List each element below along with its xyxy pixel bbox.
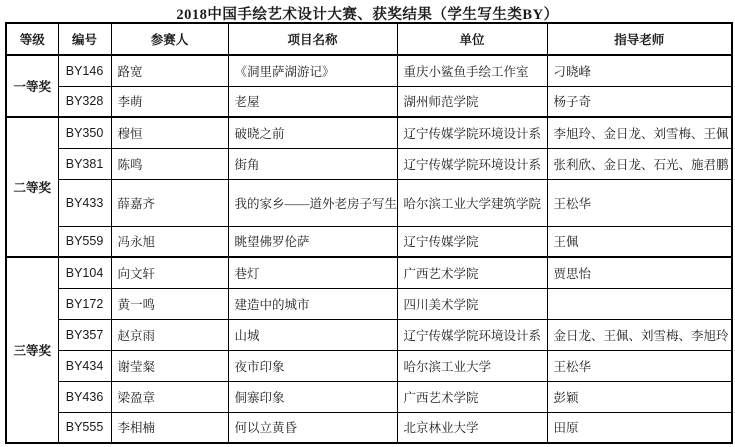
participant-name: 冯永旭	[111, 226, 228, 257]
header-participant: 参赛人	[111, 23, 228, 55]
participant-name: 路宽	[111, 55, 228, 86]
awards-table: 等级 编号 参赛人 项目名称 单位 指导老师 一等奖 BY146 路宽 《洞里萨…	[5, 22, 733, 444]
participant-name: 赵京雨	[111, 319, 228, 350]
header-project: 项目名称	[228, 23, 397, 55]
grade-cell: 一等奖	[6, 55, 58, 117]
participant-name: 谢莹粲	[111, 350, 228, 381]
entry-code: BY104	[58, 257, 111, 288]
advisor-name: 王松华	[547, 179, 732, 226]
unit-name: 哈尔滨工业大学建筑学院	[397, 179, 547, 226]
project-name: 破晓之前	[228, 117, 397, 148]
project-name: 何以立黄昏	[228, 412, 397, 443]
unit-name: 哈尔滨工业大学	[397, 350, 547, 381]
project-name: 我的家乡——道外老房子写生	[228, 179, 397, 226]
table-row: BY357 赵京雨 山城 辽宁传媒学院环境设计系 金日龙、王佩、刘雪梅、李旭玲	[6, 319, 732, 350]
entry-code: BY433	[58, 179, 111, 226]
project-name: 眺望佛罗伦萨	[228, 226, 397, 257]
project-name: 山城	[228, 319, 397, 350]
project-name: 《洞里萨湖游记》	[228, 55, 397, 86]
table-row: BY559 冯永旭 眺望佛罗伦萨 辽宁传媒学院 王佩	[6, 226, 732, 257]
grade-cell: 二等奖	[6, 117, 58, 257]
participant-name: 向文轩	[111, 257, 228, 288]
advisor-name: 李旭玲、金日龙、刘雪梅、王佩	[547, 117, 732, 148]
project-name: 巷灯	[228, 257, 397, 288]
advisor-name: 彭颖	[547, 381, 732, 412]
participant-name: 薛嘉齐	[111, 179, 228, 226]
grade-cell: 三等奖	[6, 257, 58, 443]
advisor-name: 张利欣、金日龙、石光、施君鹏	[547, 148, 732, 179]
unit-name: 广西艺术学院	[397, 381, 547, 412]
project-name: 老屋	[228, 86, 397, 117]
entry-code: BY555	[58, 412, 111, 443]
header-code: 编号	[58, 23, 111, 55]
project-name: 侗寨印象	[228, 381, 397, 412]
unit-name: 重庆小鲨鱼手绘工作室	[397, 55, 547, 86]
unit-name: 辽宁传媒学院环境设计系	[397, 319, 547, 350]
entry-code: BY434	[58, 350, 111, 381]
entry-code: BY381	[58, 148, 111, 179]
advisor-name: 贾思怡	[547, 257, 732, 288]
project-name: 夜市印象	[228, 350, 397, 381]
participant-name: 黄一鸣	[111, 288, 228, 319]
unit-name: 四川美术学院	[397, 288, 547, 319]
page-title: 2018中国手绘艺术设计大赛、获奖结果（学生写生类BY）	[0, 0, 735, 22]
unit-name: 辽宁传媒学院环境设计系	[397, 148, 547, 179]
project-name: 建造中的城市	[228, 288, 397, 319]
table-row: 二等奖 BY350 穆恒 破晓之前 辽宁传媒学院环境设计系 李旭玲、金日龙、刘雪…	[6, 117, 732, 148]
header-grade: 等级	[6, 23, 58, 55]
table-row: BY172 黄一鸣 建造中的城市 四川美术学院	[6, 288, 732, 319]
entry-code: BY436	[58, 381, 111, 412]
participant-name: 陈鸣	[111, 148, 228, 179]
entry-code: BY172	[58, 288, 111, 319]
table-row: BY433 薛嘉齐 我的家乡——道外老房子写生 哈尔滨工业大学建筑学院 王松华	[6, 179, 732, 226]
advisor-name	[547, 288, 732, 319]
header-advisor: 指导老师	[547, 23, 732, 55]
entry-code: BY357	[58, 319, 111, 350]
project-name: 街角	[228, 148, 397, 179]
participant-name: 李萌	[111, 86, 228, 117]
entry-code: BY350	[58, 117, 111, 148]
unit-name: 北京林业大学	[397, 412, 547, 443]
table-row: BY381 陈鸣 街角 辽宁传媒学院环境设计系 张利欣、金日龙、石光、施君鹏	[6, 148, 732, 179]
participant-name: 梁盈章	[111, 381, 228, 412]
advisor-name: 杨子奇	[547, 86, 732, 117]
table-row: 三等奖 BY104 向文轩 巷灯 广西艺术学院 贾思怡	[6, 257, 732, 288]
advisor-name: 田原	[547, 412, 732, 443]
advisor-name: 王佩	[547, 226, 732, 257]
entry-code: BY146	[58, 55, 111, 86]
unit-name: 湖州师范学院	[397, 86, 547, 117]
table-row: 一等奖 BY146 路宽 《洞里萨湖游记》 重庆小鲨鱼手绘工作室 刁晓峰	[6, 55, 732, 86]
entry-code: BY559	[58, 226, 111, 257]
header-row: 等级 编号 参赛人 项目名称 单位 指导老师	[6, 23, 732, 55]
table-row: BY328 李萌 老屋 湖州师范学院 杨子奇	[6, 86, 732, 117]
advisor-name: 王松华	[547, 350, 732, 381]
unit-name: 辽宁传媒学院环境设计系	[397, 117, 547, 148]
entry-code: BY328	[58, 86, 111, 117]
table-row: BY434 谢莹粲 夜市印象 哈尔滨工业大学 王松华	[6, 350, 732, 381]
participant-name: 穆恒	[111, 117, 228, 148]
unit-name: 广西艺术学院	[397, 257, 547, 288]
advisor-name: 金日龙、王佩、刘雪梅、李旭玲	[547, 319, 732, 350]
table-row: BY436 梁盈章 侗寨印象 广西艺术学院 彭颖	[6, 381, 732, 412]
table-row: BY555 李相楠 何以立黄昏 北京林业大学 田原	[6, 412, 732, 443]
participant-name: 李相楠	[111, 412, 228, 443]
unit-name: 辽宁传媒学院	[397, 226, 547, 257]
advisor-name: 刁晓峰	[547, 55, 732, 86]
header-unit: 单位	[397, 23, 547, 55]
